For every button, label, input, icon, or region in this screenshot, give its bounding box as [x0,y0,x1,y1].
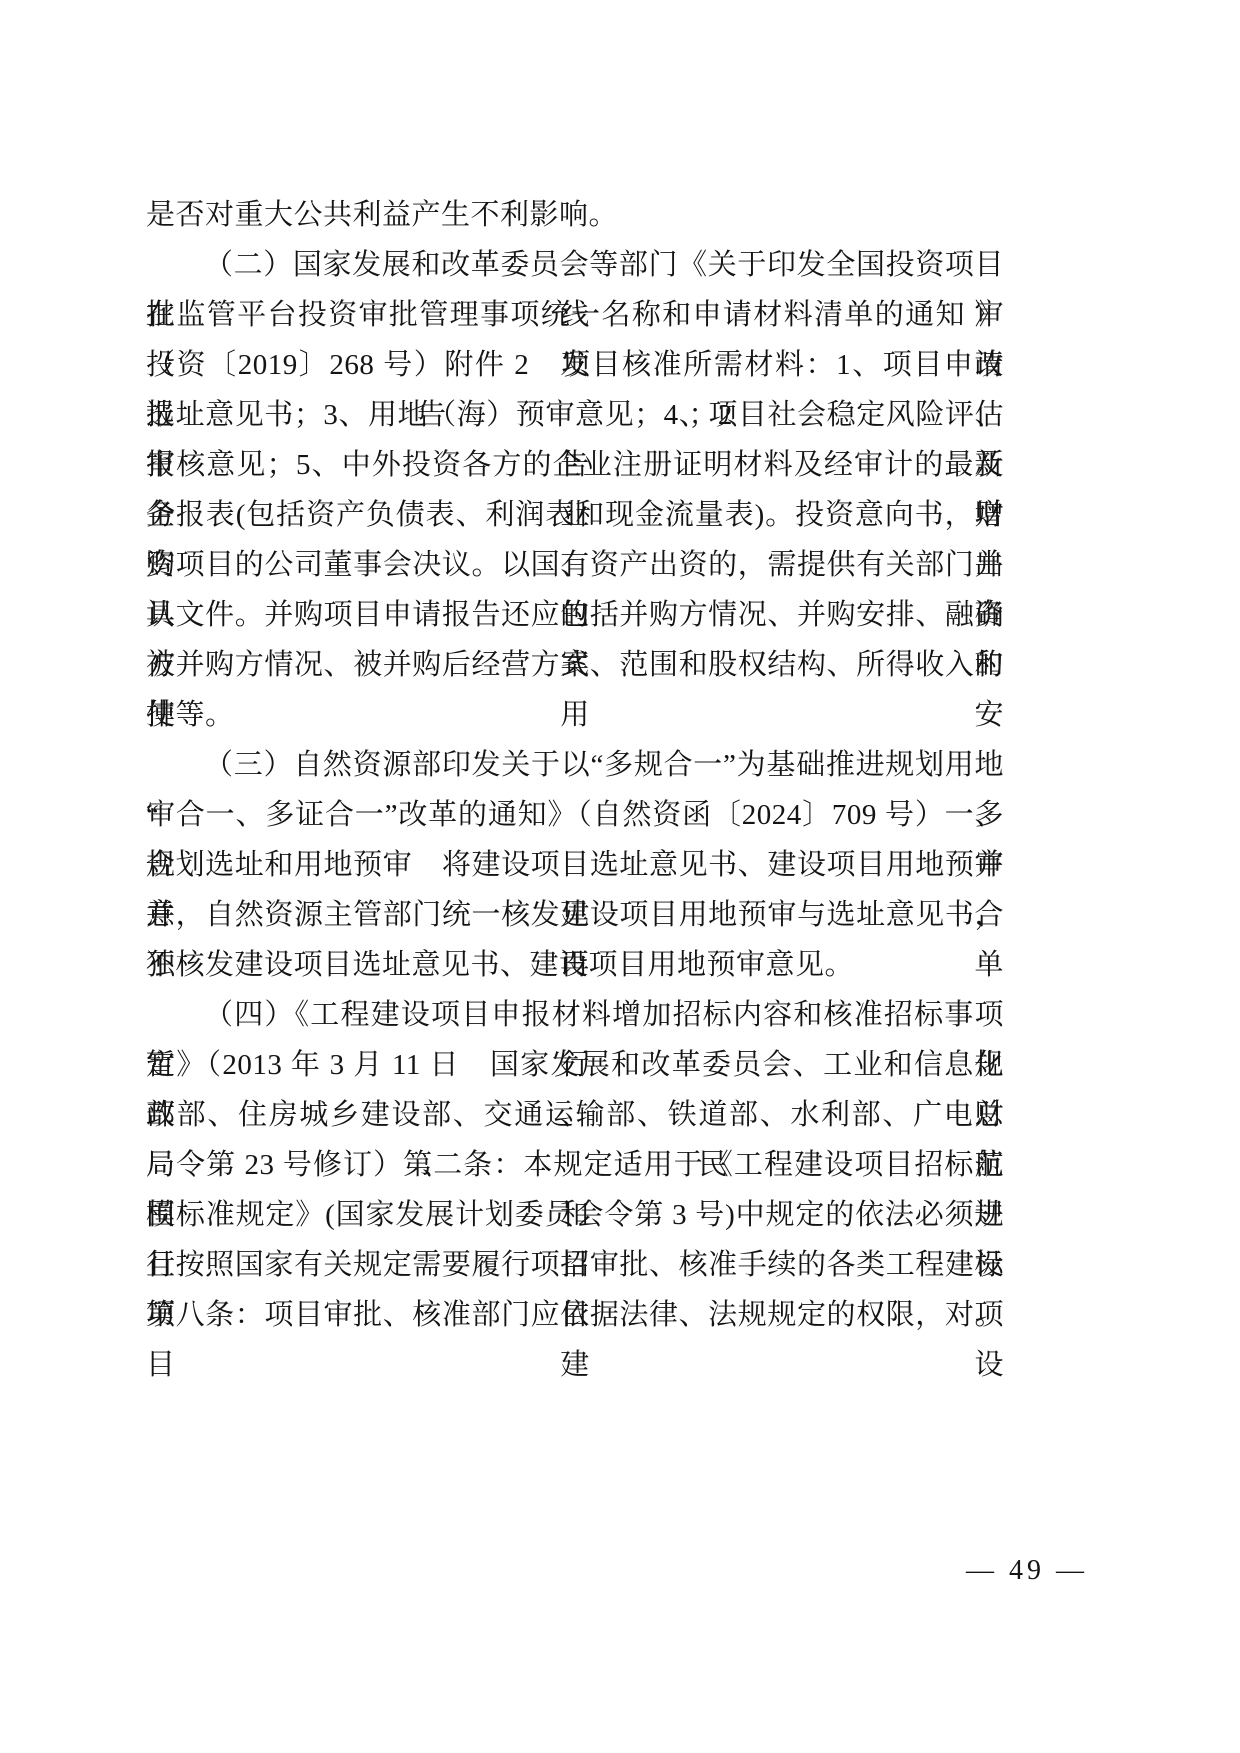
text-line: （四）《工程建设项目申报材料增加招标内容和核准招标事项暂行规 [146,990,1004,1040]
page-number: — 49 — [966,1555,1088,1587]
text-line: 务报表(包括资产负债表、利润表和现金流量表)。投资意向书，增资、并 [146,490,1004,540]
document-text-block: 是否对重大公共利益产生不利影响。 （二）国家发展和改革委员会等部门《关于印发全国… [146,190,1004,1340]
text-line: 定》（2013 年 3 月 11 日 国家发展和改革委员会、工业和信息化部、财 [146,1040,1004,1090]
text-line: 选址意见书；3、用地（海）预审意见；4、项目社会稳定风险评估报告及 [146,390,1004,440]
text-line: 政部、住房城乡建设部、交通运输部、铁道部、水利部、广电总局、民航 [146,1090,1004,1140]
text-line: 批监管平台投资审批管理事项统一名称和申请材料清单的通知 》（发改 [146,290,1004,340]
text-line: 审合一、多证合一”改革的通知》（自然资函〔2024〕709 号）一、合并 [146,790,1004,840]
text-line: （三）自然资源部印发关于以“多规合一”为基础推进规划用地“多 [146,740,1004,790]
text-line: 是否对重大公共利益产生不利影响。 [146,190,1004,240]
text-line: 规划选址和用地预审 将建设项目选址意见书、建设项目用地预审意见合 [146,840,1004,890]
text-line: （二）国家发展和改革委员会等部门《关于印发全国投资项目在线审 [146,240,1004,290]
text-line: 投资〔2019〕268 号）附件 2 项目核准所需材料：1、项目申请报告；2、 [146,340,1004,390]
text-line: 购项目的公司董事会决议。以国有资产出资的，需提供有关部门出具的确 [146,540,1004,590]
text-line: 第八条：项目审批、核准部门应依据法律、法规规定的权限，对项目建设 [146,1290,1004,1340]
text-line: 被并购方情况、被并购后经营方式、范围和股权结构、所得收入的使用安 [146,640,1004,690]
text-line: 认文件。并购项目申请报告还应包括并购方情况、并购安排、融资方案和 [146,590,1004,640]
text-line: 且按照国家有关规定需要履行项目审批、核准手续的各类工程建设项目。 [146,1240,1004,1290]
text-line: 模标准规定》(国家发展计划委员会令第 3 号)中规定的依法必须进行招标 [146,1190,1004,1240]
text-line: 并，自然资源主管部门统一核发建设项目用地预审与选址意见书，不再单 [146,890,1004,940]
document-page: 是否对重大公共利益产生不利影响。 （二）国家发展和改革委员会等部门《关于印发全国… [0,0,1240,1753]
text-line: 局令第 23 号修订）第二条：本规定适用于《工程建设项目招标范围和规 [146,1140,1004,1190]
text-line: 审核意见；5、中外投资各方的企业注册证明材料及经审计的最新企业财 [146,440,1004,490]
